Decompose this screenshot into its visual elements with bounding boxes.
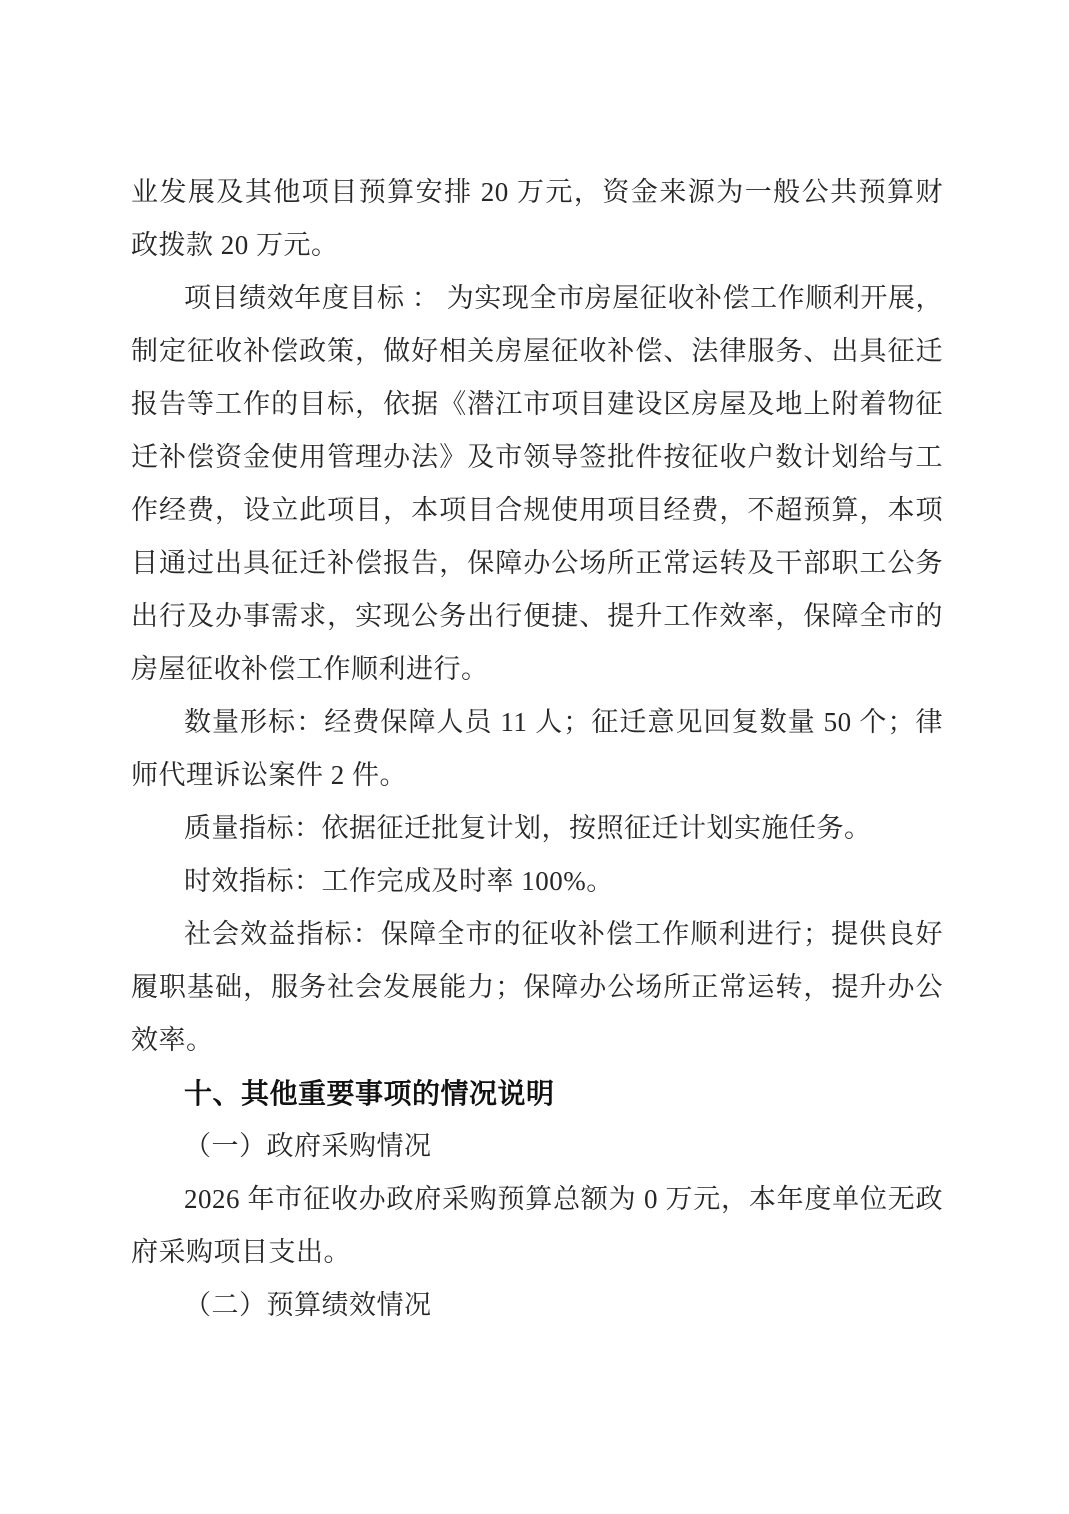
text-line: 目通过出具征迁补偿报告，保障办公场所正常运转及干部职工公务 [131, 537, 943, 590]
para-gov-procurement-title: （一）政府采购情况 [131, 1120, 943, 1173]
text-line: 府采购项目支出。 [131, 1226, 943, 1279]
text-line: 数量形标：经费保障人员 11 人；征迁意见回复数量 50 个；律 [131, 696, 943, 749]
para-timeliness-indicator: 时效指标：工作完成及时率 100%。 [131, 855, 943, 908]
text-line: 时效指标：工作完成及时率 100%。 [131, 855, 943, 908]
para-budget-carryover: 业发展及其他项目预算安排 20 万元，资金来源为一般公共预算财政拨款 20 万元… [131, 166, 943, 272]
text-line: 项目绩效年度目标 ： 为实现全市房屋征收补偿工作顺利开展， [131, 272, 943, 325]
text-line: 师代理诉讼案件 2 件。 [131, 749, 943, 802]
text-line: 社会效益指标：保障全市的征收补偿工作顺利进行；提供良好 [131, 908, 943, 961]
text-line: 2026 年市征收办政府采购预算总额为 0 万元，本年度单位无政 [131, 1173, 943, 1226]
document-page: 业发展及其他项目预算安排 20 万元，资金来源为一般公共预算财政拨款 20 万元… [0, 0, 1069, 1514]
para-gov-procurement-detail: 2026 年市征收办政府采购预算总额为 0 万元，本年度单位无政府采购项目支出。 [131, 1173, 943, 1279]
page-content: 业发展及其他项目预算安排 20 万元，资金来源为一般公共预算财政拨款 20 万元… [131, 166, 943, 1332]
text-line: （一）政府采购情况 [131, 1120, 943, 1173]
text-line: 效率。 [131, 1014, 943, 1067]
para-quantity-indicator: 数量形标：经费保障人员 11 人；征迁意见回复数量 50 个；律师代理诉讼案件 … [131, 696, 943, 802]
text-line: 十、其他重要事项的情况说明 [131, 1067, 943, 1120]
text-line: 房屋征收补偿工作顺利进行。 [131, 643, 943, 696]
para-social-benefit-indicator: 社会效益指标：保障全市的征收补偿工作顺利进行；提供良好履职基础，服务社会发展能力… [131, 908, 943, 1067]
text-line: 迁补偿资金使用管理办法》及市领导签批件按征收户数计划给与工 [131, 431, 943, 484]
text-line: （二）预算绩效情况 [131, 1279, 943, 1332]
text-line: 报告等工作的目标，依据《潜江市项目建设区房屋及地上附着物征 [131, 378, 943, 431]
text-line: 质量指标：依据征迁批复计划，按照征迁计划实施任务。 [131, 802, 943, 855]
text-line: 出行及办事需求，实现公务出行便捷、提升工作效率，保障全市的 [131, 590, 943, 643]
para-annual-performance-target: 项目绩效年度目标 ： 为实现全市房屋征收补偿工作顺利开展，制定征收补偿政策，做好… [131, 272, 943, 696]
para-quality-indicator: 质量指标：依据征迁批复计划，按照征迁计划实施任务。 [131, 802, 943, 855]
text-line: 制定征收补偿政策，做好相关房屋征收补偿、法律服务、出具征迁 [131, 325, 943, 378]
text-line: 政拨款 20 万元。 [131, 219, 943, 272]
para-budget-performance-title: （二）预算绩效情况 [131, 1279, 943, 1332]
text-line: 作经费，设立此项目，本项目合规使用项目经费，不超预算，本项 [131, 484, 943, 537]
text-line: 履职基础，服务社会发展能力；保障办公场所正常运转，提升办公 [131, 961, 943, 1014]
text-line: 业发展及其他项目预算安排 20 万元，资金来源为一般公共预算财 [131, 166, 943, 219]
heading-other-important-matters: 十、其他重要事项的情况说明 [131, 1067, 943, 1120]
